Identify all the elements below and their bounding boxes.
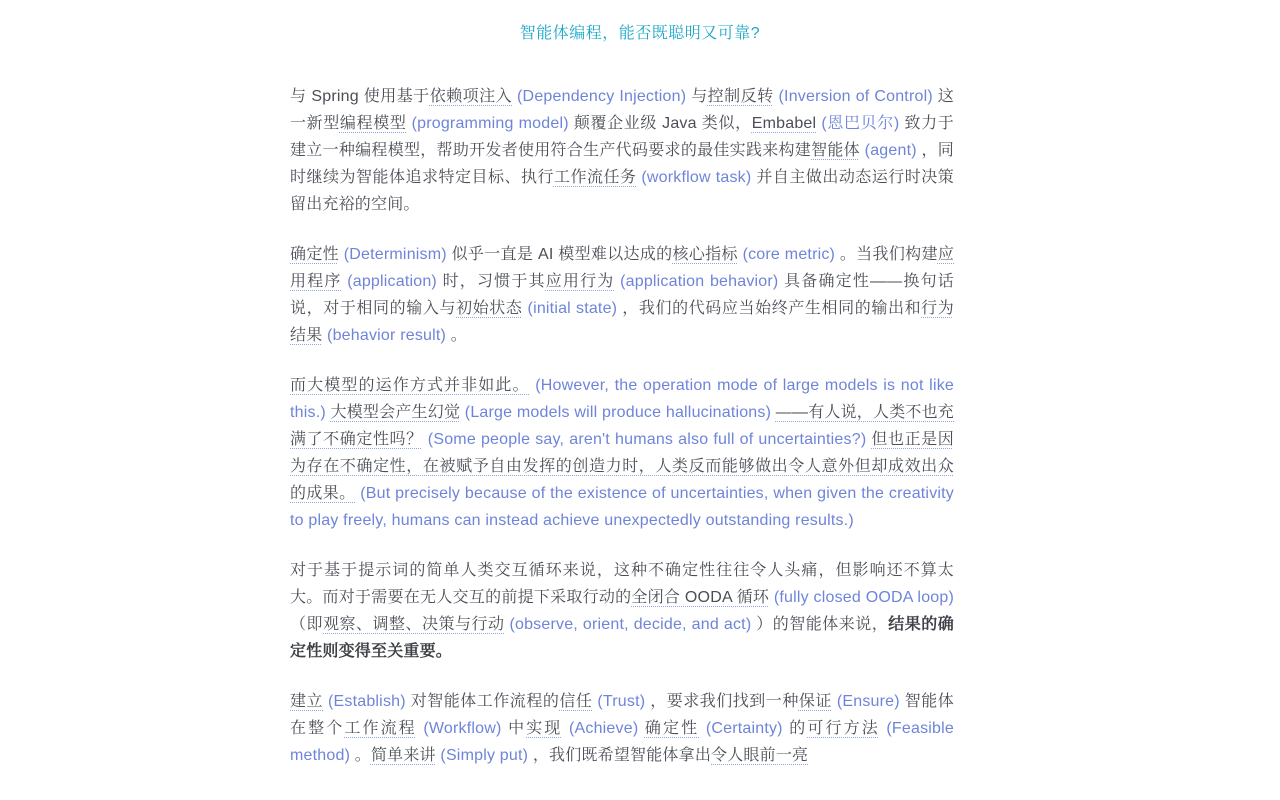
text-run: 。当我们构建 bbox=[840, 246, 938, 263]
annotated-term: 而大模型的运作方式并非如此。 bbox=[290, 377, 530, 394]
text-run: 似乎一直是 AI 模型难以达成的 bbox=[452, 246, 673, 263]
translation-annotation: (恩巴贝尔) bbox=[816, 115, 904, 132]
paragraph: 确定性 (Determinism) 似乎一直是 AI 模型难以达成的核心指标 (… bbox=[290, 241, 954, 349]
text-run: 。 bbox=[355, 747, 371, 764]
text-run: 与 Spring 使用基于 bbox=[290, 88, 430, 105]
annotated-term: 依赖项注入 bbox=[430, 88, 512, 105]
text-run: 颠覆企业级 Java 类似， bbox=[574, 115, 752, 132]
paragraph: 而大模型的运作方式并非如此。 (However, the operation m… bbox=[290, 372, 954, 534]
annotated-term: 控制反转 bbox=[708, 88, 774, 105]
annotated-term: 全闭合 OODA 循环 bbox=[631, 589, 769, 606]
annotated-term: 应用行为 bbox=[546, 273, 615, 290]
text-run: ，要求我们找到一种 bbox=[650, 693, 799, 710]
translation-annotation: (Establish) bbox=[323, 693, 411, 710]
translation-annotation: (programming model) bbox=[406, 115, 573, 132]
text-run: 与 bbox=[691, 88, 707, 105]
article-body: 与 Spring 使用基于依赖项注入 (Dependency Injection… bbox=[290, 83, 954, 769]
annotated-term: 可行方法 bbox=[807, 720, 879, 737]
annotated-term: 确定性 bbox=[290, 246, 339, 263]
annotated-term: 简单来讲 bbox=[371, 747, 436, 764]
translation-annotation: (observe, orient, decide, and act) bbox=[505, 616, 757, 633]
text-run: 的 bbox=[789, 720, 807, 737]
translation-annotation: (behavior result) bbox=[322, 327, 450, 344]
translation-annotation: (workflow task) bbox=[636, 169, 756, 186]
paragraph: 与 Spring 使用基于依赖项注入 (Dependency Injection… bbox=[290, 83, 954, 218]
translation-annotation: (core metric) bbox=[738, 246, 840, 263]
page-title: 智能体编程，能否既聪明又可靠? bbox=[0, 0, 1280, 43]
text-run: 中 bbox=[508, 720, 526, 737]
annotated-term: 保证 bbox=[799, 693, 832, 710]
annotated-term: 令人眼前一亮 bbox=[711, 747, 808, 764]
annotated-term: 编程模型 bbox=[340, 115, 407, 132]
document-page: 智能体编程，能否既聪明又可靠? 与 Spring 使用基于依赖项注入 (Depe… bbox=[0, 0, 1280, 800]
translation-annotation: (agent) bbox=[860, 142, 922, 159]
translation-annotation: (Ensure) bbox=[832, 693, 905, 710]
translation-annotation: (But precisely because of the existence … bbox=[290, 485, 954, 529]
annotated-term: 确定性 bbox=[645, 720, 699, 737]
annotated-term: 核心指标 bbox=[673, 246, 738, 263]
annotated-term: 实现 bbox=[526, 720, 562, 737]
annotated-term: 工作流程 bbox=[344, 720, 416, 737]
translation-annotation: (Large models will produce hallucination… bbox=[460, 404, 776, 421]
text-run: 对智能体工作流程的 bbox=[411, 693, 560, 710]
translation-annotation: (Certainty) bbox=[699, 720, 789, 737]
annotated-term: 信任 bbox=[559, 693, 592, 710]
translation-annotation: (Some people say, aren't humans also ful… bbox=[423, 431, 872, 448]
annotated-term: 智能体 bbox=[811, 142, 860, 159]
annotated-term: Embabel bbox=[752, 115, 817, 132]
annotated-term: 工作流任务 bbox=[554, 169, 637, 186]
annotated-term: 观察、调整、决策与行动 bbox=[323, 616, 505, 633]
text-run: ）的智能体来说， bbox=[756, 616, 888, 633]
translation-annotation: (Dependency Injection) bbox=[512, 88, 691, 105]
paragraph: 对于基于提示词的简单人类交互循环来说，这种不确定性往往令人头痛，但影响还不算太大… bbox=[290, 557, 954, 665]
annotated-term: 初始状态 bbox=[456, 300, 522, 317]
text-run: ，我们的代码应当始终产生相同的输出和 bbox=[622, 300, 921, 317]
text-run: （即 bbox=[290, 616, 323, 633]
translation-annotation: (Inversion of Control) bbox=[774, 88, 938, 105]
translation-annotation: (initial state) bbox=[523, 300, 623, 317]
translation-annotation: (fully closed OODA loop) bbox=[769, 589, 954, 606]
annotated-term: 大模型会产生幻觉 bbox=[331, 404, 461, 421]
translation-annotation: (Determinism) bbox=[339, 246, 452, 263]
paragraph: 建立 (Establish) 对智能体工作流程的信任 (Trust) ，要求我们… bbox=[290, 688, 954, 769]
translation-annotation: (Workflow) bbox=[417, 720, 508, 737]
translation-annotation: (Achieve) bbox=[562, 720, 645, 737]
text-run: 。 bbox=[451, 327, 467, 344]
text-run: 时，习惯于其 bbox=[443, 273, 546, 290]
translation-annotation: (application) bbox=[342, 273, 443, 290]
translation-annotation: (Simply put) bbox=[436, 747, 533, 764]
text-run: ，我们既希望智能体拿出 bbox=[533, 747, 711, 764]
translation-annotation: (application behavior) bbox=[614, 273, 784, 290]
translation-annotation: (Trust) bbox=[592, 693, 650, 710]
annotated-term: 建立 bbox=[290, 693, 323, 710]
